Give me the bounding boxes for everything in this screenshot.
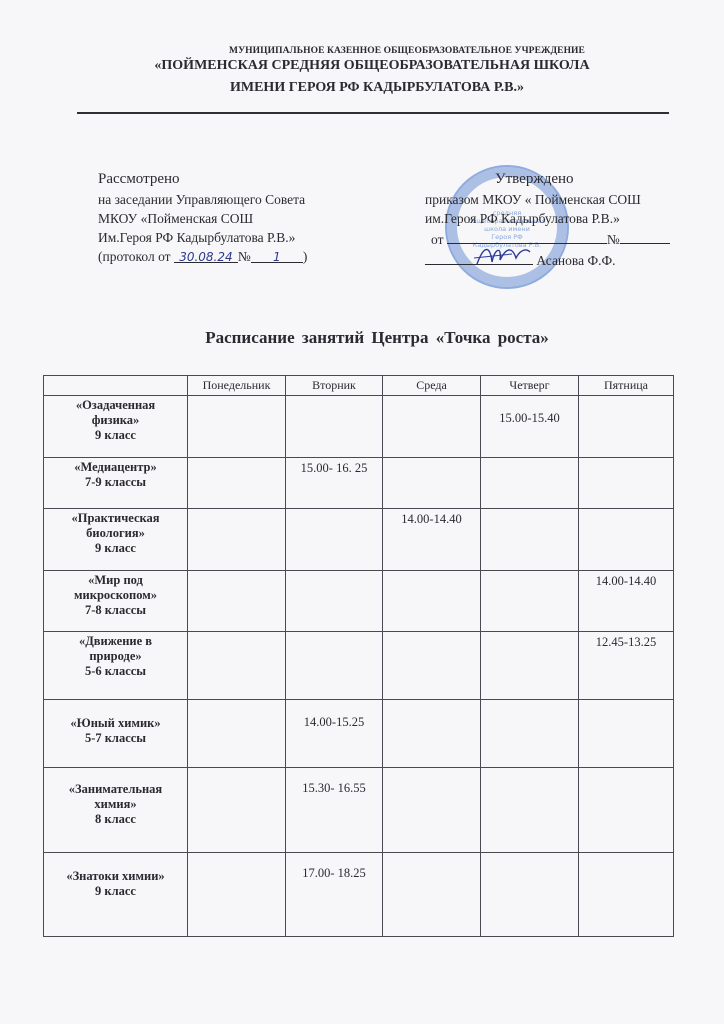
order-date-field — [447, 228, 607, 244]
course-name: «Практическая — [47, 511, 184, 526]
course-name: «Движение в — [47, 634, 184, 649]
time-cell: 14.00-15.25 — [286, 700, 383, 768]
header-row: Понедельник Вторник Среда Четверг Пятниц… — [44, 376, 674, 396]
course-name-cont: микроскопом» — [47, 588, 184, 603]
header-rule — [77, 112, 669, 114]
course-name-cell: «Занимательнаяхимия»8 класс — [44, 768, 188, 853]
day-header: Пятница — [579, 376, 674, 396]
time-cell — [188, 571, 286, 632]
time-cell — [188, 700, 286, 768]
time-cell — [286, 396, 383, 458]
day-header: Вторник — [286, 376, 383, 396]
time-cell — [383, 458, 481, 509]
course-name-cont: физика» — [47, 413, 184, 428]
course-grade: 9 класс — [47, 428, 184, 443]
reviewed-line2: МКОУ «Пойменская СОШ — [98, 209, 307, 228]
course-grade: 9 класс — [47, 884, 184, 899]
reviewed-title: Рассмотрено — [98, 170, 307, 189]
protocol-line: (протокол от 30.08.24№1) — [98, 247, 307, 266]
course-grade: 5-7 классы — [47, 731, 184, 746]
time-cell — [481, 632, 579, 700]
order-number-field — [620, 228, 670, 244]
schedule-table: Понедельник Вторник Среда Четверг Пятниц… — [43, 375, 674, 937]
course-name-cont: химия» — [47, 797, 184, 812]
time-cell — [579, 853, 674, 937]
time-cell — [286, 509, 383, 571]
time-cell: 14.00-14.40 — [383, 509, 481, 571]
day-header: Понедельник — [188, 376, 286, 396]
time-cell — [481, 853, 579, 937]
time-cell — [383, 768, 481, 853]
approved-block: Утверждено приказом МКОУ « Пойменская СО… — [425, 170, 670, 270]
time-cell — [481, 700, 579, 768]
time-cell — [286, 632, 383, 700]
time-cell — [188, 458, 286, 509]
time-cell — [188, 509, 286, 571]
time-cell: 15.30- 16.55 — [286, 768, 383, 853]
time-cell — [481, 509, 579, 571]
time-cell — [188, 853, 286, 937]
course-grade: 5-6 классы — [47, 664, 184, 679]
time-cell — [481, 458, 579, 509]
signature-line: Асанова Ф.Ф. — [425, 249, 670, 270]
course-grade: 7-8 классы — [47, 603, 184, 618]
corner-cell — [44, 376, 188, 396]
signature-field — [425, 249, 533, 265]
time-cell — [188, 396, 286, 458]
time-cell — [579, 509, 674, 571]
course-name: «Знатоки химии» — [47, 869, 184, 884]
course-name-cell: «Мир подмикроскопом»7-8 классы — [44, 571, 188, 632]
approved-title: Утверждено — [425, 170, 670, 189]
reviewed-line3: Им.Героя РФ Кадырбулатова Р.В.» — [98, 228, 307, 247]
course-name: «Занимательная — [47, 782, 184, 797]
course-name-cell: «Озадаченнаяфизика»9 класс — [44, 396, 188, 458]
course-name: «Озадаченная — [47, 398, 184, 413]
table-row: «Юный химик»5-7 классы14.00-15.25 — [44, 700, 674, 768]
time-cell — [481, 571, 579, 632]
table-row: «Медиацентр»7-9 классы15.00- 16. 25 — [44, 458, 674, 509]
time-slot: 14.00-14.40 — [401, 512, 461, 527]
time-cell: 14.00-14.40 — [579, 571, 674, 632]
protocol-date-field: 30.08.24 — [174, 247, 238, 263]
approved-line1: приказом МКОУ « Пойменская СОШ — [425, 190, 670, 209]
course-name-cell: «Практическаябиология»9 класс — [44, 509, 188, 571]
time-slot: 12.45-13.25 — [596, 635, 656, 650]
course-name-cell: «Юный химик»5-7 классы — [44, 700, 188, 768]
time-cell: 17.00- 18.25 — [286, 853, 383, 937]
course-grade: 9 класс — [47, 541, 184, 556]
table-row: «Мир подмикроскопом»7-8 классы14.00-14.4… — [44, 571, 674, 632]
time-slot: 14.00-14.40 — [596, 574, 656, 589]
course-name: «Юный химик» — [47, 716, 184, 731]
course-name: «Мир под — [47, 573, 184, 588]
reviewed-block: Рассмотрено на заседании Управляющего Со… — [98, 170, 307, 266]
approved-line2: им.Героя РФ Кадырбулатова Р.В.» — [425, 209, 670, 228]
time-cell — [188, 632, 286, 700]
day-header: Среда — [383, 376, 481, 396]
time-cell — [481, 768, 579, 853]
time-cell — [383, 853, 481, 937]
time-slot: 17.00- 18.25 — [302, 856, 366, 881]
school-name-line2: ИМЕНИ ГЕРОЯ РФ КАДЫРБУЛАТОВА Р.В.» — [0, 80, 724, 96]
course-grade: 7-9 классы — [47, 475, 184, 490]
reviewed-line1: на заседании Управляющего Совета — [98, 190, 307, 209]
time-cell — [188, 768, 286, 853]
course-name-cell: «Знатоки химии»9 класс — [44, 853, 188, 937]
time-cell — [579, 396, 674, 458]
course-grade: 8 класс — [47, 812, 184, 827]
signatory-name: Асанова Ф.Ф. — [536, 253, 615, 268]
time-cell — [579, 700, 674, 768]
table-row: «Знатоки химии»9 класс17.00- 18.25 — [44, 853, 674, 937]
course-name-cell: «Движение вприроде»5-6 классы — [44, 632, 188, 700]
time-cell: 15.00- 16. 25 — [286, 458, 383, 509]
time-slot: 15.00- 16. 25 — [301, 461, 368, 476]
time-cell — [383, 571, 481, 632]
time-cell — [579, 768, 674, 853]
institution-type: МУНИЦИПАЛЬНОЕ КАЗЕННОЕ ОБЩЕОБРАЗОВАТЕЛЬН… — [0, 46, 724, 56]
course-name-cell: «Медиацентр»7-9 классы — [44, 458, 188, 509]
document-title: Расписание занятий Центра «Точка роста» — [0, 328, 724, 348]
order-line: от № — [425, 228, 670, 249]
time-slot: 15.00-15.40 — [499, 399, 559, 426]
time-cell — [579, 458, 674, 509]
time-cell — [286, 571, 383, 632]
table-row: «Озадаченнаяфизика»9 класс15.00-15.40 — [44, 396, 674, 458]
table-row: «Занимательнаяхимия»8 класс15.30- 16.55 — [44, 768, 674, 853]
school-name-line1: «ПОЙМЕНСКАЯ СРЕДНЯЯ ОБЩЕОБРАЗОВАТЕЛЬНАЯ … — [0, 58, 724, 74]
course-name-cont: природе» — [47, 649, 184, 664]
day-header: Четверг — [481, 376, 579, 396]
time-cell — [383, 700, 481, 768]
table-row: «Практическаябиология»9 класс14.00-14.40 — [44, 509, 674, 571]
time-cell: 12.45-13.25 — [579, 632, 674, 700]
course-name: «Медиацентр» — [47, 460, 184, 475]
table-row: «Движение вприроде»5-6 классы12.45-13.25 — [44, 632, 674, 700]
time-slot: 15.30- 16.55 — [302, 771, 366, 796]
time-cell — [383, 396, 481, 458]
time-cell: 15.00-15.40 — [481, 396, 579, 458]
protocol-number-field: 1 — [251, 247, 303, 263]
course-name-cont: биология» — [47, 526, 184, 541]
time-slot: 14.00-15.25 — [304, 703, 364, 730]
time-cell — [383, 632, 481, 700]
